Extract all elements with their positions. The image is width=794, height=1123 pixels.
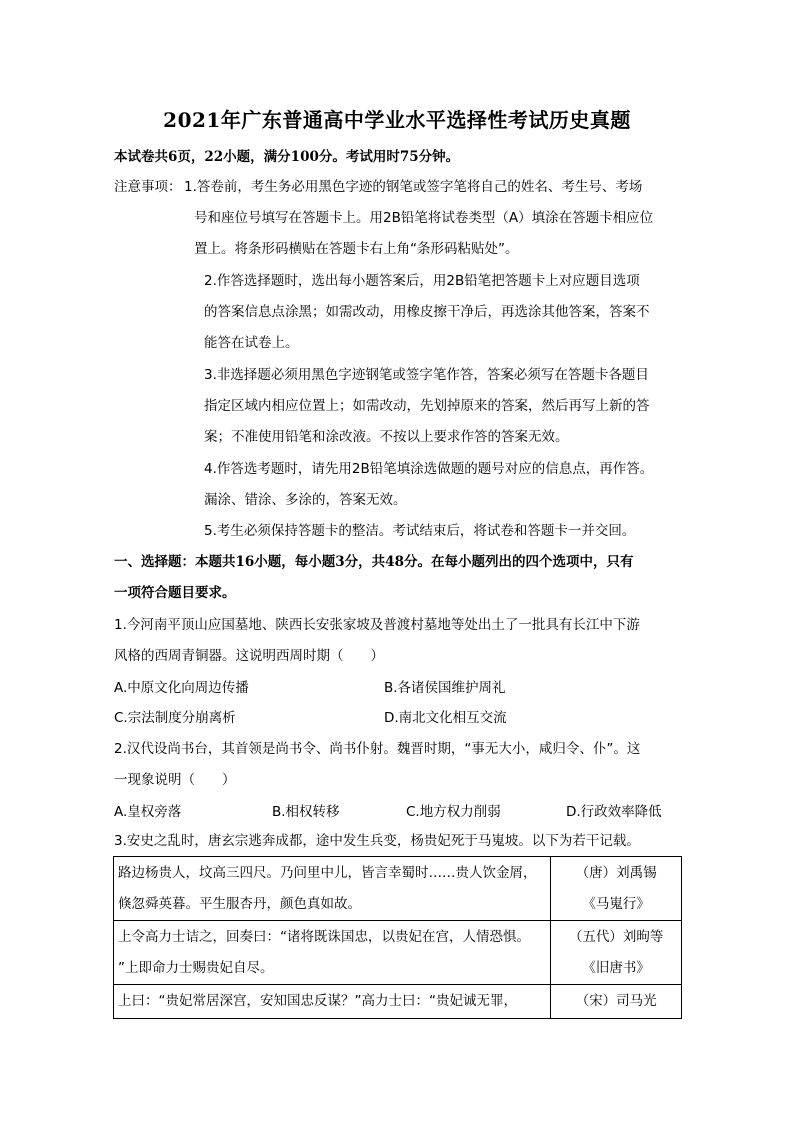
record-text-cell: 路边杨贵人，坟高三四尺。乃问里中儿，皆言幸蜀时……贵人饮金屑， 倏忽舜英暮。平生… bbox=[114, 857, 551, 921]
note-3-line-1: 3.非选择题必须用黑色字迹钢笔或签字笔作答，答案必须写在答题卡各题目 bbox=[204, 366, 649, 384]
historical-records-table: 路边杨贵人，坟高三四尺。乃问里中儿，皆言幸蜀时……贵人饮金屑， 倏忽舜英暮。平生… bbox=[113, 856, 682, 1019]
note-1-line-2: 号和座位号填写在答题卡上。用2B铅笔将试卷类型（A）填涂在答题卡相应位 bbox=[194, 209, 653, 227]
record-1-text-line-1: 路边杨贵人，坟高三四尺。乃问里中儿，皆言幸蜀时……贵人饮金屑， bbox=[118, 858, 546, 889]
note-2-line-2: 的答案信息点涂黑；如需改动，用橡皮擦干净后，再选涂其他答案，答案不 bbox=[204, 303, 650, 321]
record-text-cell: 上令高力士诘之，回奏曰：“诸将既诛国忠，以贵妃在宫，人情恐惧。 ”上即命力士赐贵… bbox=[114, 921, 551, 985]
note-5-line-1: 5.考生必须保持答题卡的整洁。考试结束后，将试卷和答题卡一并交回。 bbox=[204, 522, 635, 540]
note-4-line-1: 4.作答选考题时，请先用2B铅笔填涂选做题的题号对应的信息点，再作答。 bbox=[204, 460, 653, 478]
question-1-option-a: A.中原文化向周边传播 bbox=[114, 679, 249, 697]
question-1-option-b: B.各诸侯国维护周礼 bbox=[384, 679, 506, 697]
note-2-line-1: 2.作答选择题时，选出每小题答案后，用2B铅笔把答题卡上对应题目选项 bbox=[204, 272, 640, 290]
record-text-cell: 上曰：“贵妃常居深宫，安知国忠反谋？”高力士曰：“贵妃诚无罪， bbox=[114, 985, 551, 1019]
note-3-line-2: 指定区域内相应位置上；如需改动，先划掉原来的答案，然后再写上新的答 bbox=[204, 397, 650, 415]
question-3-stem-line-1: 3.安史之乱时，唐玄宗逃奔成都，途中发生兵变，杨贵妃死于马嵬坡。以下为若干记载。 bbox=[114, 832, 640, 850]
exam-title: 2021年广东普通高中学业水平选择性考试历史真题 bbox=[0, 104, 794, 133]
exam-page: 2021年广东普通高中学业水平选择性考试历史真题 本试卷共6页，22小题，满分1… bbox=[0, 0, 794, 1123]
question-1-option-c: C.宗法制度分崩离析 bbox=[114, 709, 236, 727]
question-1-stem-line-2: 风格的西周青铜器。这说明西周时期（ ） bbox=[114, 647, 384, 665]
exam-summary: 本试卷共6页，22小题，满分100分。考试用时75分钟。 bbox=[114, 148, 459, 166]
record-2-source-line-2: 《旧唐书》 bbox=[555, 953, 677, 984]
record-source-cell: （五代）刘昫等 《旧唐书》 bbox=[551, 921, 682, 985]
question-2-option-b: B.相权转移 bbox=[272, 803, 340, 821]
record-1-text-line-2: 倏忽舜英暮。平生服杏丹，颜色真如故。 bbox=[118, 889, 546, 920]
note-4-line-2: 漏涂、错涂、多涂的，答案无效。 bbox=[204, 491, 407, 509]
note-2-line-3: 能答在试卷上。 bbox=[204, 334, 299, 352]
record-source-cell: （宋）司马光 bbox=[551, 985, 682, 1019]
question-2-option-a: A.皇权旁落 bbox=[114, 803, 181, 821]
notes-label: 注意事项： bbox=[114, 178, 182, 196]
table-row: 上令高力士诘之，回奏曰：“诸将既诛国忠，以贵妃在宫，人情恐惧。 ”上即命力士赐贵… bbox=[114, 921, 682, 985]
question-2-option-c: C.地方权力削弱 bbox=[406, 803, 501, 821]
record-3-source-line-1: （宋）司马光 bbox=[555, 986, 677, 1017]
table-row: 上曰：“贵妃常居深宫，安知国忠反谋？”高力士曰：“贵妃诚无罪， （宋）司马光 bbox=[114, 985, 682, 1019]
question-2-stem-line-2: 一现象说明（ ） bbox=[114, 771, 236, 789]
question-1-stem-line-1: 1.今河南平顶山应国墓地、陕西长安张家坡及普渡村墓地等处出土了一批具有长江中下游 bbox=[114, 616, 640, 634]
section-1-heading-line-2: 一项符合题目要求。 bbox=[114, 584, 236, 602]
note-1-line-1: 1.答卷前，考生务必用黑色字迹的钢笔或签字笔将自己的姓名、考生号、考场 bbox=[184, 178, 642, 196]
question-2-option-d: D.行政效率降低 bbox=[566, 803, 662, 821]
record-2-text-line-2: ”上即命力士赐贵妃自尽。 bbox=[118, 953, 546, 984]
record-3-text-line-1: 上曰：“贵妃常居深宫，安知国忠反谋？”高力士曰：“贵妃诚无罪， bbox=[118, 986, 546, 1017]
record-2-source-line-1: （五代）刘昫等 bbox=[555, 922, 677, 953]
question-1-option-d: D.南北文化相互交流 bbox=[384, 709, 507, 727]
note-3-line-3: 案；不准使用铅笔和涂改液。不按以上要求作答的答案无效。 bbox=[204, 428, 569, 446]
table-row: 路边杨贵人，坟高三四尺。乃问里中儿，皆言幸蜀时……贵人饮金屑， 倏忽舜英暮。平生… bbox=[114, 857, 682, 921]
section-1-heading-line-1: 一、选择题：本题共16小题，每小题3分，共48分。在每小题列出的四个选项中，只有 bbox=[114, 553, 633, 571]
question-2-stem-line-1: 2.汉代设尚书台，其首领是尚书令、尚书仆射。魏晋时期，“事无大小，咸归令、仆”。… bbox=[114, 740, 640, 758]
record-1-source-line-1: （唐）刘禹锡 bbox=[555, 858, 677, 889]
record-2-text-line-1: 上令高力士诘之，回奏曰：“诸将既诛国忠，以贵妃在宫，人情恐惧。 bbox=[118, 922, 546, 953]
record-source-cell: （唐）刘禹锡 《马嵬行》 bbox=[551, 857, 682, 921]
record-1-source-line-2: 《马嵬行》 bbox=[555, 889, 677, 920]
note-1-line-3: 置上。将条形码横贴在答题卡右上角“条形码粘贴处”。 bbox=[194, 240, 519, 258]
